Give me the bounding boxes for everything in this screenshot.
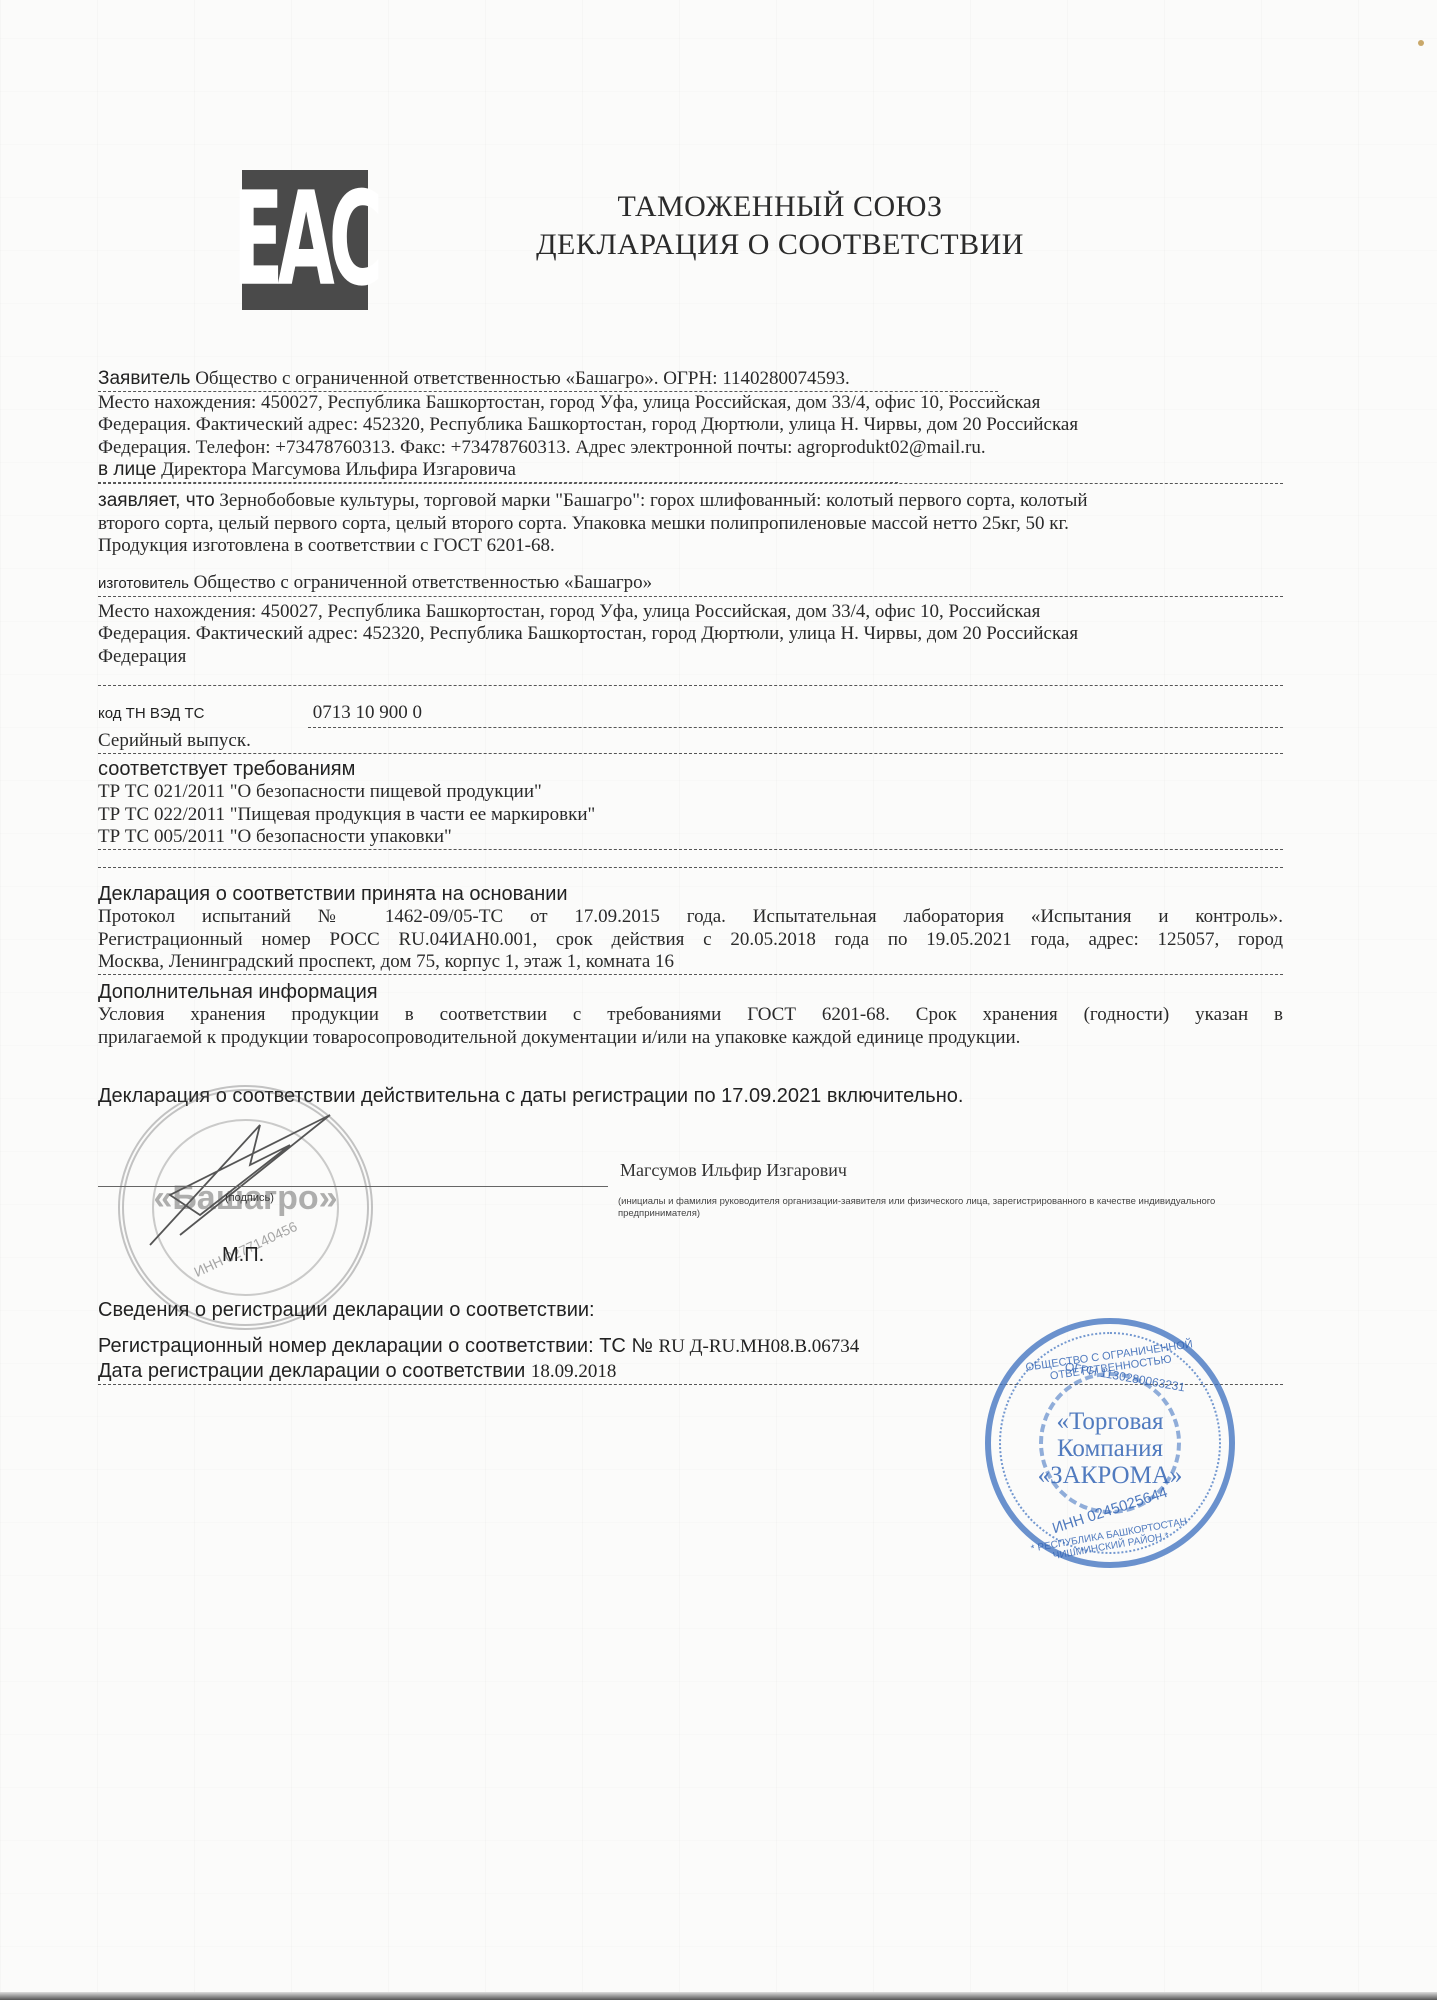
registration-number: RU Д-RU.МН08.В.06734 bbox=[658, 1336, 859, 1357]
document-title: ТАМОЖЕННЫЙ СОЮЗ ДЕКЛАРАЦИЯ О СООТВЕТСТВИ… bbox=[500, 188, 1060, 264]
tn-ved-section: код ТН ВЭД ТС 0713 10 900 0 bbox=[98, 702, 1283, 726]
tn-ved-label: код ТН ВЭД ТС bbox=[98, 703, 308, 726]
basis-label: Декларация о соответствии принята на осн… bbox=[98, 882, 1283, 906]
tn-ved-line: код ТН ВЭД ТС 0713 10 900 0 bbox=[98, 702, 1283, 726]
company-stamp-zakroma: ОБЩЕСТВО С ОГРАНИЧЕННОЙ ОТВЕТСТВЕННОСТЬЮ… bbox=[985, 1318, 1235, 1568]
requirements-section: соответствует требованиям ТР ТС 021/2011… bbox=[98, 757, 1283, 850]
represented-label: в лице bbox=[98, 459, 156, 480]
declares-label: заявляет, что bbox=[98, 490, 215, 511]
requirement-item: ТР ТС 022/2011 "Пищевая продукция в част… bbox=[98, 804, 1283, 827]
requirement-item: ТР ТС 005/2011 "О безопасности упаковки" bbox=[98, 826, 1283, 850]
declares-line-1: заявляет, что Зернобобовые культуры, тор… bbox=[98, 490, 1283, 513]
represented-by: Директора Магсумова Ильфира Изгаровича bbox=[161, 459, 516, 480]
manufacturer-address-3: Федерация bbox=[98, 646, 1283, 669]
applicant-address-1: Место нахождения: 450027, Республика Баш… bbox=[98, 392, 1283, 415]
signer-caption: (инициалы и фамилия руководителя организ… bbox=[618, 1196, 1238, 1220]
seal-place-label: М.П. bbox=[222, 1244, 264, 1267]
manufacturer-name: Общество с ограниченной ответственностью… bbox=[194, 572, 653, 593]
applicant-name: Общество с ограниченной ответственностью… bbox=[195, 368, 850, 389]
divider bbox=[98, 685, 1283, 686]
divider bbox=[98, 867, 1283, 868]
manufacturer-address-1: Место нахождения: 450027, Республика Баш… bbox=[98, 601, 1283, 624]
signature-line bbox=[98, 1186, 608, 1187]
paper-speck bbox=[1418, 40, 1424, 46]
manufacturer-line: изготовитель Общество с ограниченной отв… bbox=[98, 572, 1283, 597]
tn-ved-code: 0713 10 900 0 bbox=[313, 702, 422, 723]
signature-caption: (подпись) bbox=[225, 1192, 274, 1204]
basis-line-3: Москва, Ленинградский проспект, дом 75, … bbox=[98, 951, 1283, 975]
applicant-address-3: Федерация. Телефон: +73478760313. Факс: … bbox=[98, 437, 1283, 460]
serial-section: Серийный выпуск. bbox=[98, 730, 1283, 754]
requirements-label: соответствует требованиям bbox=[98, 757, 1283, 781]
handwritten-signature bbox=[140, 1105, 360, 1255]
declares-section: заявляет, что Зернобобовые культуры, тор… bbox=[98, 490, 1283, 558]
basis-line-1: Протокол испытаний № 1462-09/05-ТС от 17… bbox=[98, 906, 1283, 929]
registration-date-label: Дата регистрации декларации о соответств… bbox=[98, 1360, 525, 1382]
divider bbox=[98, 483, 1283, 484]
applicant-label: Заявитель bbox=[98, 368, 190, 389]
additional-line-1: Условия хранения продукции в соответстви… bbox=[98, 1004, 1283, 1027]
scan-bottom-edge bbox=[0, 1992, 1437, 2000]
applicant-address-2: Федерация. Фактический адрес: 452320, Ре… bbox=[98, 414, 1283, 437]
declares-line-3: Продукция изготовлена в соответствии с Г… bbox=[98, 535, 1283, 558]
additional-line-2: прилагаемой к продукции товаросопроводит… bbox=[98, 1027, 1283, 1050]
basis-line-2: Регистрационный номер РОСС RU.04ИАН0.001… bbox=[98, 929, 1283, 952]
divider bbox=[308, 727, 1283, 728]
title-declaration: ДЕКЛАРАЦИЯ О СООТВЕТСТВИИ bbox=[500, 226, 1060, 264]
additional-label: Дополнительная информация bbox=[98, 980, 1283, 1004]
manufacturer-address-2: Федерация. Фактический адрес: 452320, Ре… bbox=[98, 623, 1283, 646]
additional-section: Дополнительная информация Условия хранен… bbox=[98, 980, 1283, 1049]
applicant-section: Заявитель Общество с ограниченной ответс… bbox=[98, 368, 1283, 483]
applicant-line: Заявитель Общество с ограниченной ответс… bbox=[98, 368, 998, 392]
title-customs-union: ТАМОЖЕННЫЙ СОЮЗ bbox=[500, 188, 1060, 226]
manufacturer-section: изготовитель Общество с ограниченной отв… bbox=[98, 572, 1283, 668]
serial-release: Серийный выпуск. bbox=[98, 730, 1283, 754]
manufacturer-label: изготовитель bbox=[98, 575, 189, 592]
requirement-item: ТР ТС 021/2011 "О безопасности пищевой п… bbox=[98, 781, 1283, 804]
registration-number-label: Регистрационный номер декларации о соотв… bbox=[98, 1335, 653, 1357]
eac-logo: ЕАС bbox=[242, 170, 368, 310]
declares-line-2: второго сорта, целый первого сорта, целы… bbox=[98, 513, 1283, 536]
basis-section: Декларация о соответствии принята на осн… bbox=[98, 882, 1283, 975]
represented-line: в лице Директора Магсумова Ильфира Изгар… bbox=[98, 459, 898, 483]
signer-name: Магсумов Ильфир Изгарович bbox=[620, 1160, 847, 1181]
registration-date: 18.09.2018 bbox=[531, 1361, 617, 1382]
